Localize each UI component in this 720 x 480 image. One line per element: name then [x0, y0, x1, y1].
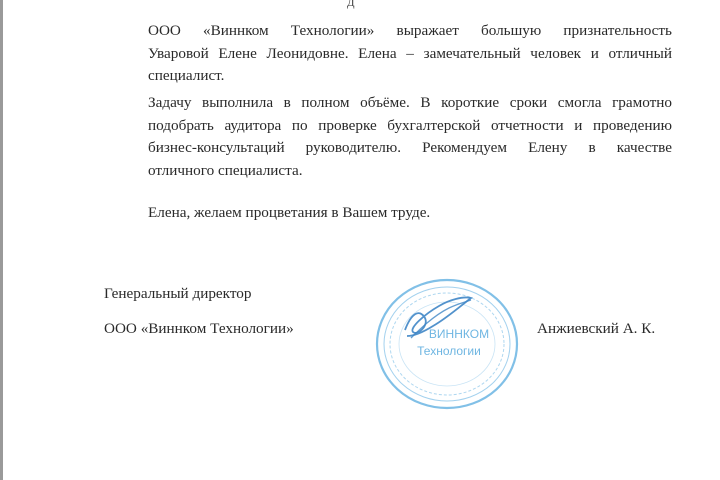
text-line: отличного специалиста. [104, 160, 672, 183]
company-stamp: ВИННКОМ Технологии [367, 274, 527, 414]
text-line: Уваровой Елене Леонидовне. Елена – замеч… [104, 43, 672, 66]
text-line: подобрать аудитора по проверке бухгалтер… [104, 115, 672, 138]
stamp-text-line1: ВИННКОМ [429, 327, 489, 341]
text-line: Елена, желаем процветания в Вашем труде. [104, 202, 672, 225]
stamp-seal-icon: ВИННКОМ Технологии [367, 274, 527, 414]
paragraph-gratitude: ООО «Виннком Технологии» выражает большу… [104, 20, 672, 88]
cut-off-heading-fragment: д [347, 0, 355, 11]
signatory-name: Анжиевский А. К. [537, 320, 655, 338]
page-border [0, 0, 3, 480]
signatory-position: Генеральный директор [104, 285, 251, 303]
paragraph-wishes: Елена, желаем процветания в Вашем труде. [104, 202, 672, 225]
text-line: бизнес-консультаций руководителю. Рекоме… [104, 137, 672, 160]
stamp-text-line2: Технологии [417, 344, 481, 358]
paragraph-task: Задачу выполнила в полном объёме. В коро… [104, 92, 672, 182]
signatory-company: ООО «Виннком Технологии» [104, 320, 294, 338]
text-line: ООО «Виннком Технологии» выражает большу… [104, 20, 672, 43]
text-line: Задачу выполнила в полном объёме. В коро… [104, 92, 672, 115]
text-line: специалист. [104, 65, 672, 88]
